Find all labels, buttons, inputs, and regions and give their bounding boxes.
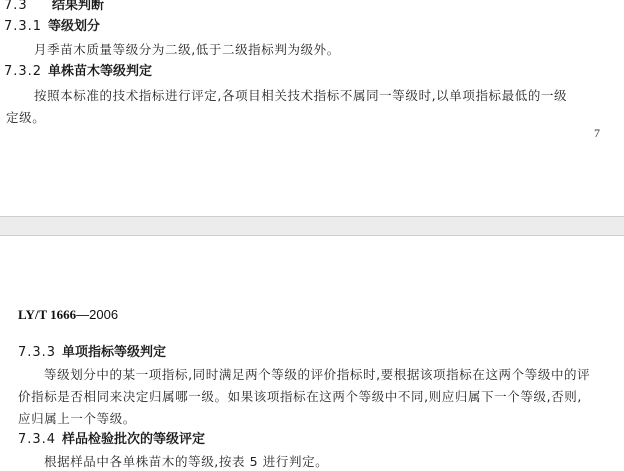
paragraph-7-3-4: 根据样品中各单株苗木的等级,按表 5 进行判定。 bbox=[44, 454, 328, 470]
paragraph-7-3-3-line-3: 应归属上一个等级。 bbox=[18, 411, 136, 427]
section-title: 等级划分 bbox=[48, 19, 100, 34]
section-title: 单株苗木等级判定 bbox=[48, 64, 152, 79]
paragraph-7-3-1: 月季苗木质量等级分为二级,低于二级指标判为级外。 bbox=[34, 42, 340, 58]
paragraph-7-3-3-line-2: 价指标是否相同来决定归属哪一级。如果该项指标在这两个等级中不同,则应归属下一个等… bbox=[18, 389, 582, 405]
section-title: 样品检验批次的等级评定 bbox=[62, 432, 205, 447]
section-heading-7-3: 7.3结果判断 bbox=[4, 0, 104, 14]
section-heading-7-3-4: 7.3.4样品检验批次的等级评定 bbox=[18, 432, 205, 448]
section-number: 7.3.4 bbox=[18, 432, 62, 448]
standard-code: LY/T 1666 bbox=[18, 307, 76, 322]
standard-year: —2006 bbox=[76, 307, 118, 322]
section-number: 7.3.3 bbox=[18, 345, 62, 361]
section-number: 7.3 bbox=[4, 0, 52, 14]
paragraph-7-3-2-line-2: 定级。 bbox=[6, 110, 45, 126]
section-title: 单项指标等级判定 bbox=[62, 345, 166, 360]
section-heading-7-3-1: 7.3.1等级划分 bbox=[4, 19, 100, 35]
section-number: 7.3.1 bbox=[4, 19, 48, 35]
document-page-top: 7.3结果判断 7.3.1等级划分 月季苗木质量等级分为二级,低于二级指标判为级… bbox=[0, 0, 624, 216]
section-number: 7.3.2 bbox=[4, 64, 48, 80]
paragraph-7-3-3-line-1: 等级划分中的某一项指标,同时满足两个等级的评价指标时,要根据该项指标在这两个等级… bbox=[44, 367, 590, 383]
page-number: 7 bbox=[594, 126, 600, 141]
paragraph-7-3-2-line-1: 按照本标准的技术指标进行评定,各项目相关技术指标不属同一等级时,以单项指标最低的… bbox=[34, 88, 567, 104]
page-separator bbox=[0, 216, 624, 236]
standard-code-header: LY/T 1666—2006 bbox=[18, 307, 118, 323]
section-heading-7-3-2: 7.3.2单株苗木等级判定 bbox=[4, 64, 152, 80]
section-title: 结果判断 bbox=[52, 0, 104, 13]
document-page-bottom: LY/T 1666—2006 7.3.3单项指标等级判定 等级划分中的某一项指标… bbox=[0, 236, 624, 471]
section-heading-7-3-3: 7.3.3单项指标等级判定 bbox=[18, 345, 166, 361]
